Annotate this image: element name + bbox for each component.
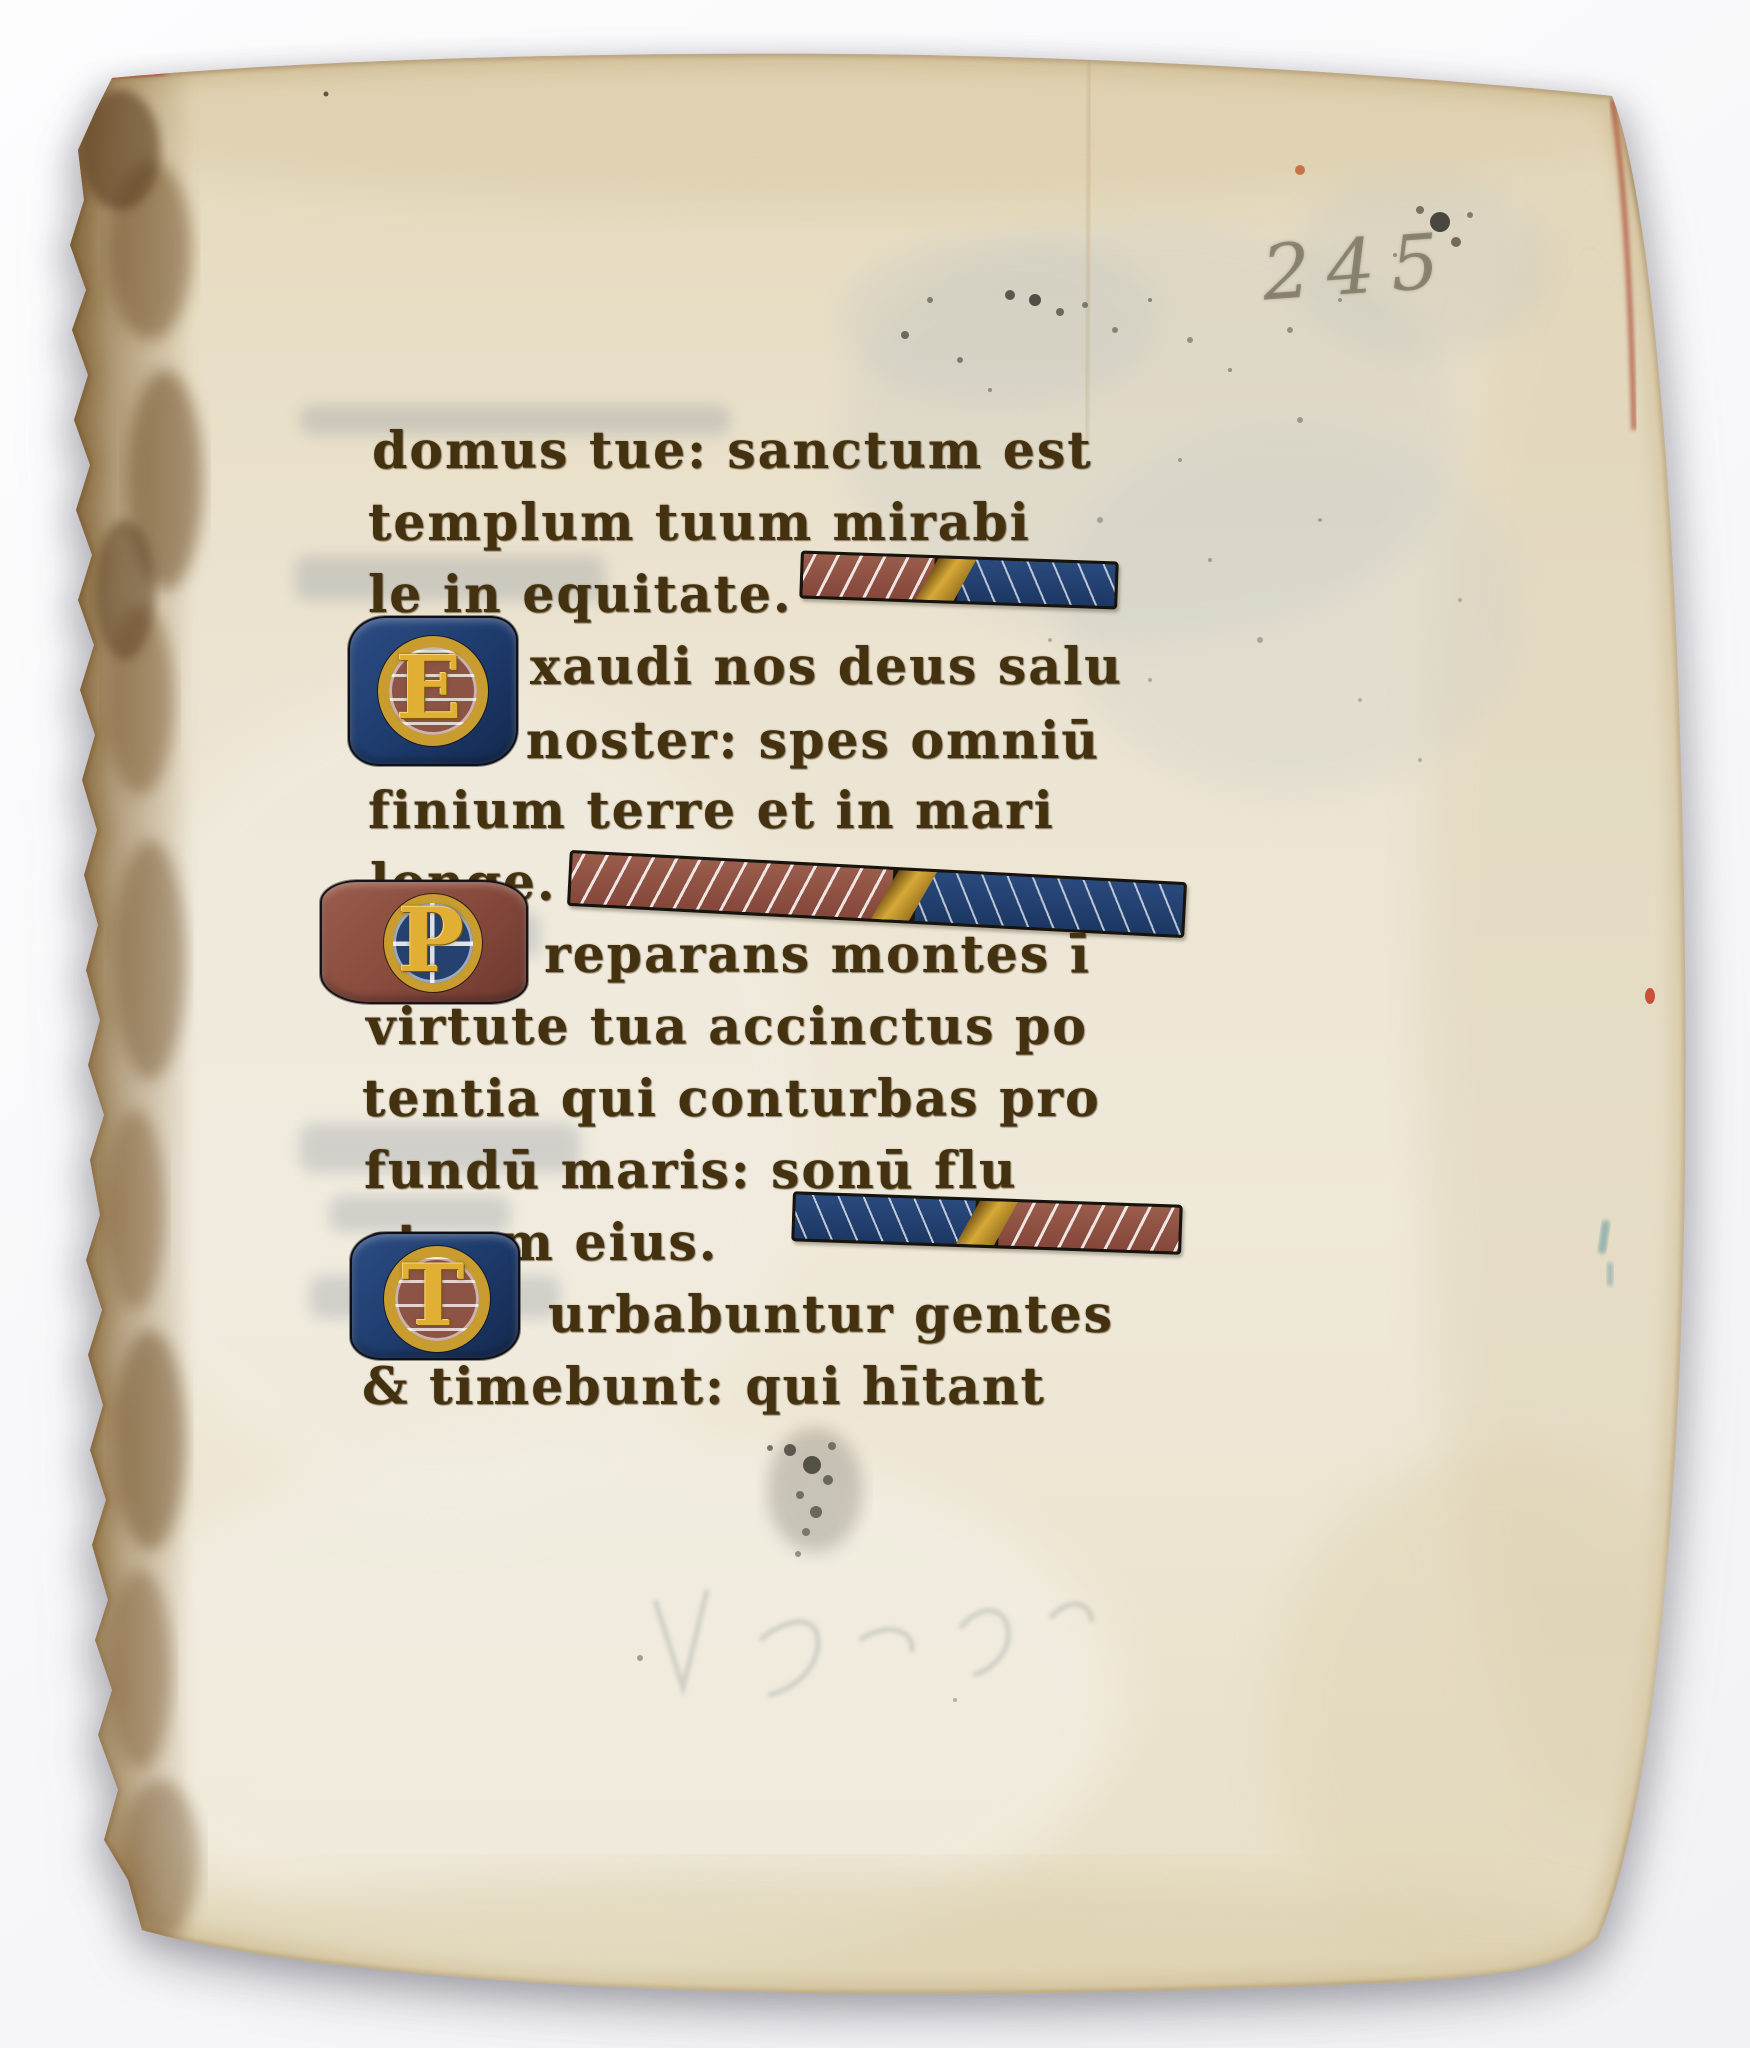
- illuminated-initial-p: P: [320, 880, 528, 1004]
- text-line: templum tuum mirabi: [368, 498, 1031, 549]
- filler-maroon-segment: [802, 554, 934, 601]
- text-line: finium terre et in mari: [368, 786, 1055, 837]
- folio-number: 245: [1259, 215, 1458, 317]
- text-line: reparans montes ī: [544, 930, 1091, 981]
- filler-blue-segment: [794, 1194, 975, 1244]
- text-line: & timebunt: qui hītant: [362, 1362, 1046, 1413]
- filler-maroon-segment: [570, 853, 893, 920]
- initial-letter: T: [402, 1246, 465, 1345]
- filler-blue-segment: [957, 559, 1115, 606]
- line-filler: [799, 550, 1118, 609]
- initial-letter: E: [396, 638, 462, 739]
- illuminated-initial-t: T: [350, 1232, 520, 1360]
- text-line: tentia qui conturbas pro: [362, 1074, 1101, 1125]
- photograph-of-manuscript-leaf: 245 domus tue: sanctum est templum tuum …: [0, 0, 1750, 2048]
- filler-maroon-segment: [998, 1201, 1179, 1251]
- text-line: fundū maris: sonū flu: [364, 1146, 1018, 1197]
- text-layer: 245 domus tue: sanctum est templum tuum …: [0, 0, 1750, 2048]
- text-line: urbabuntur gentes: [548, 1290, 1114, 1341]
- text-line: virtute tua accinctus po: [366, 1002, 1088, 1053]
- line-filler: [791, 1191, 1183, 1255]
- initial-letter: P: [398, 888, 464, 992]
- illuminated-initial-e: E: [348, 616, 518, 766]
- text-line: le in equitate.: [368, 570, 792, 621]
- text-line: domus tue: sanctum est: [372, 426, 1093, 477]
- text-line: xaudi nos deus salu: [530, 642, 1123, 693]
- filler-blue-segment: [914, 871, 1184, 935]
